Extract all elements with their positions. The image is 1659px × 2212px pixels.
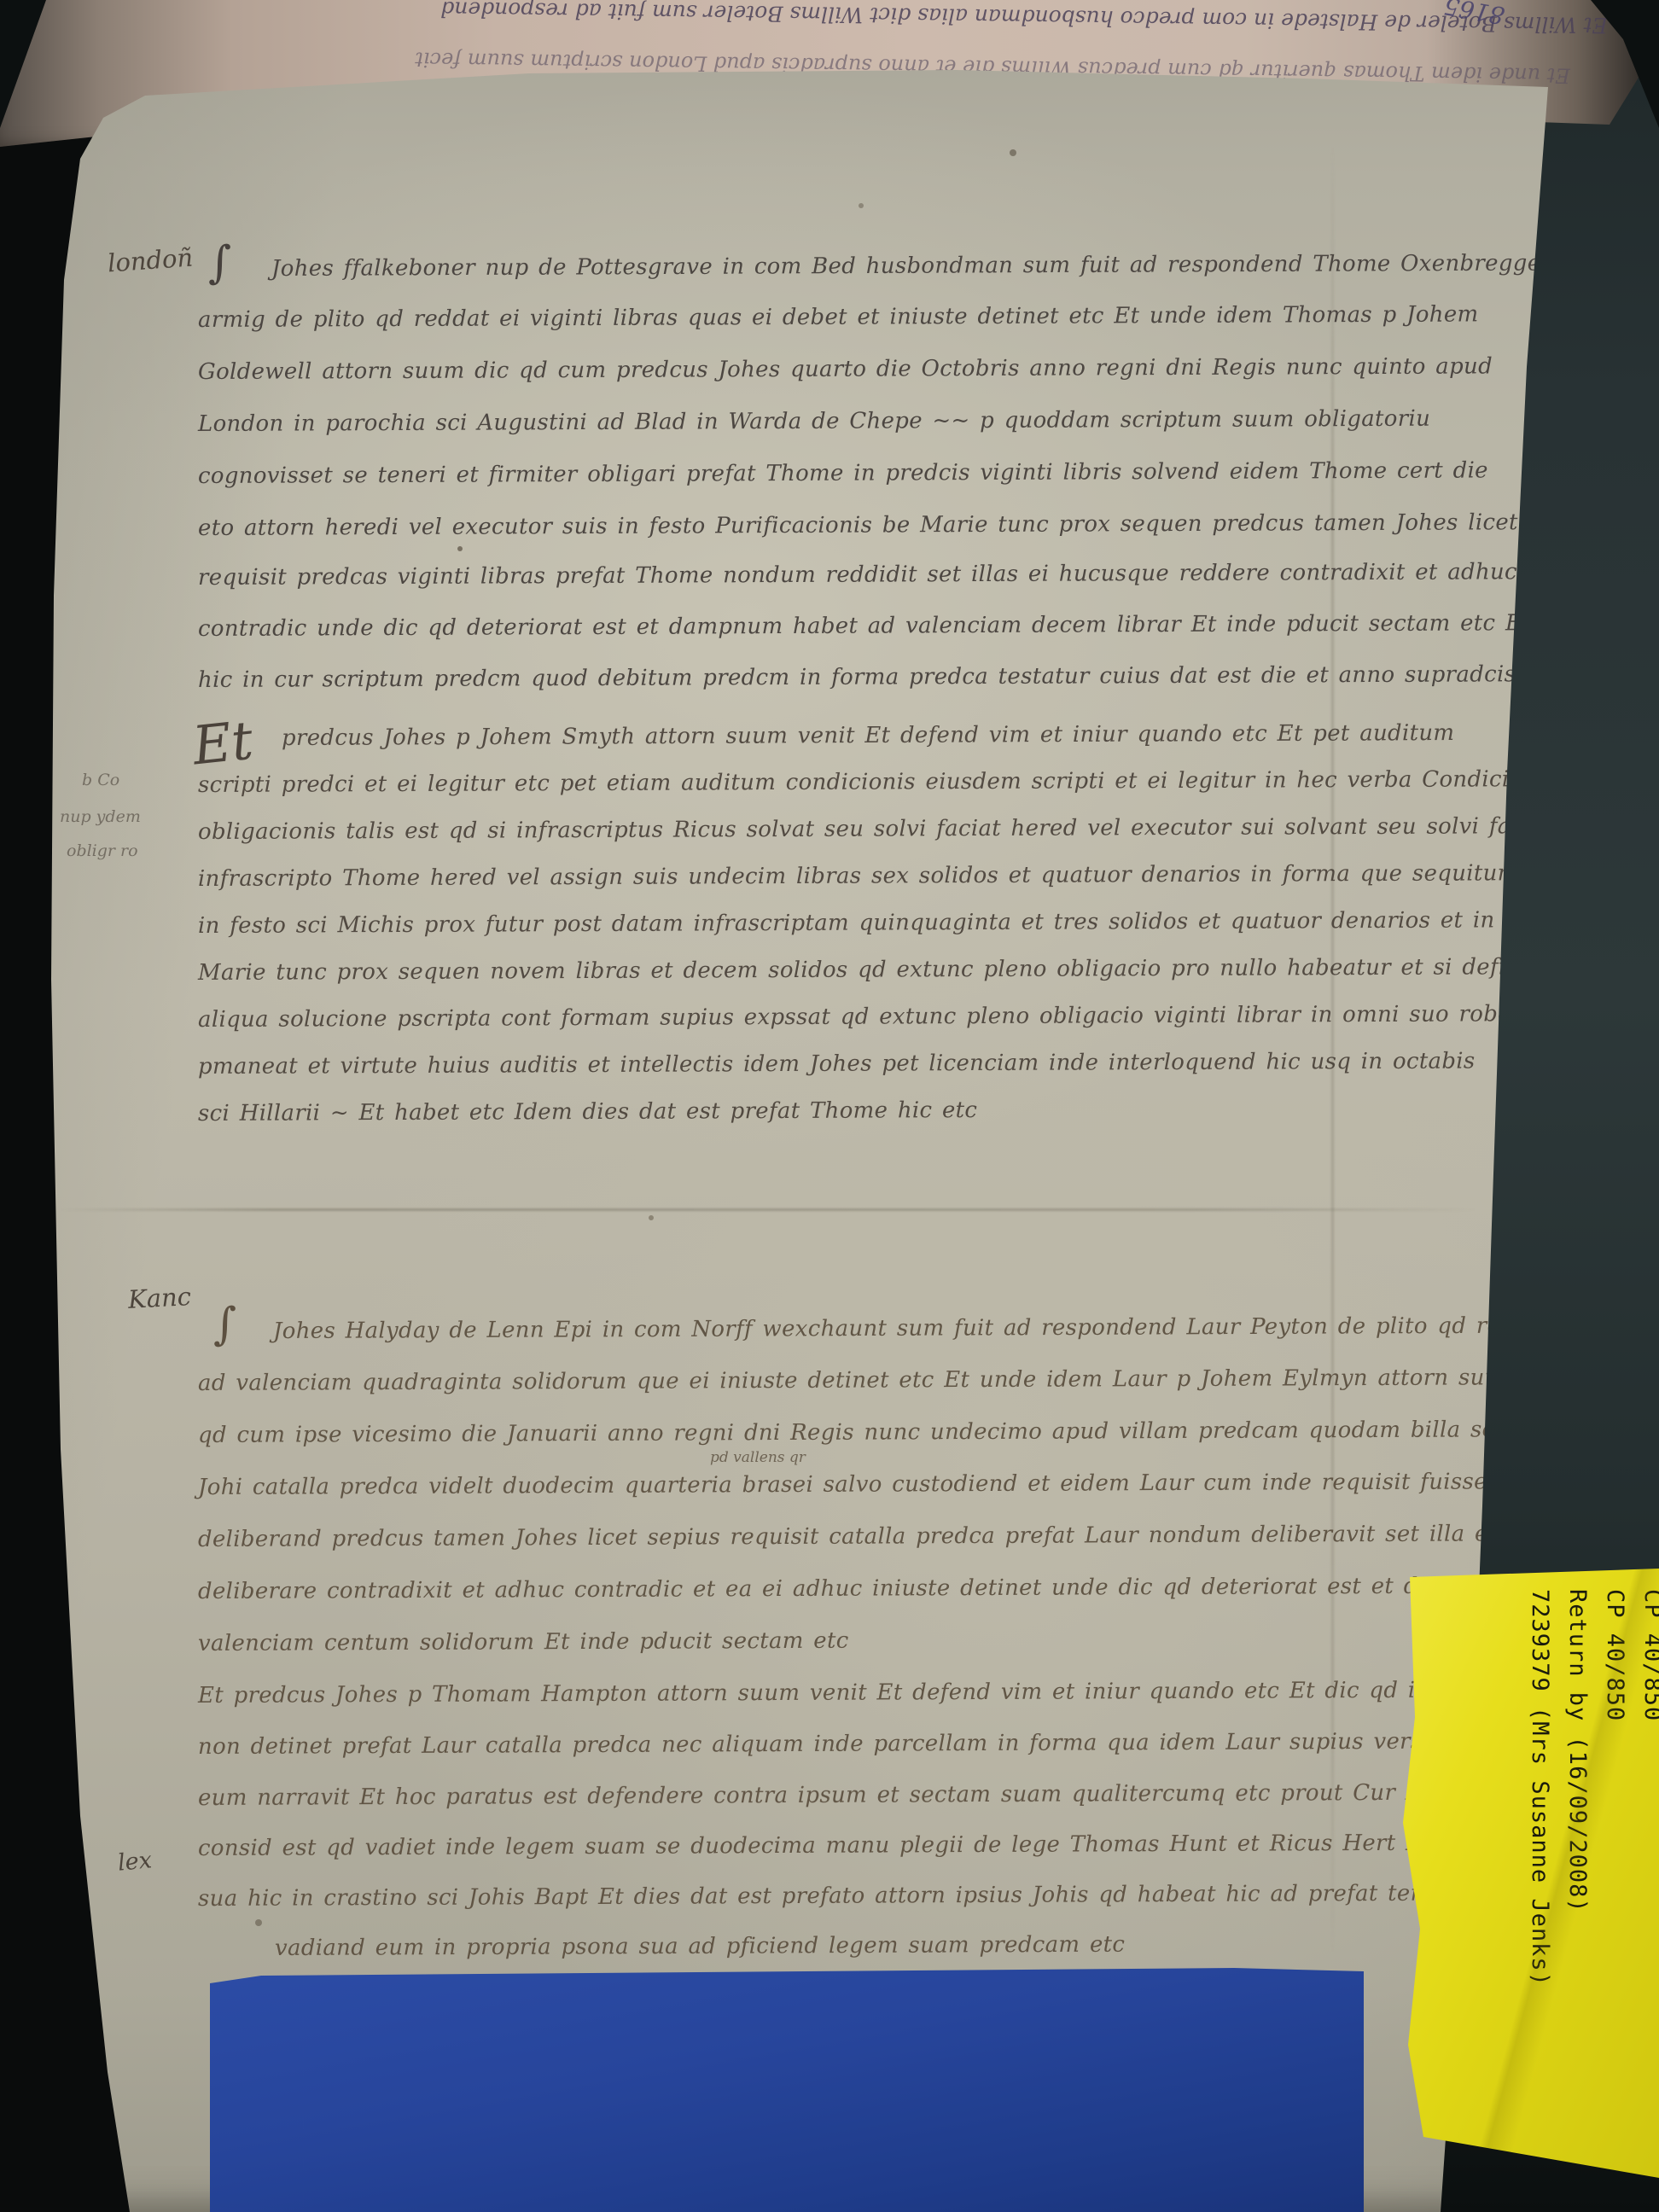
margin-county-kent: Kanc — [127, 1282, 192, 1314]
ms-line: scripti predci et ei legitur etc pet eti… — [198, 766, 1594, 798]
ms-line: ad valenciam quadraginta solidorum que e… — [198, 1365, 1565, 1396]
stain-spots — [457, 546, 463, 551]
note-line-return-by: Return by (16/09/2008) — [1558, 1589, 1596, 2152]
ms-line: Johi catalla predca videlt duodecim quar… — [198, 1469, 1497, 1500]
margin-note-lex: lex — [117, 1847, 153, 1876]
archive-note-text: CP 40/850 CP 40/850 Return by (16/09/200… — [1521, 1589, 1659, 2152]
ms-line: vadiand eum in propria psona sua ad pfic… — [275, 1932, 1125, 1961]
ms-line: Goldewell attorn suum dic qd cum predcus… — [198, 353, 1493, 385]
ms-line: consid est qd vadiet inde legem suam se … — [198, 1830, 1598, 1861]
marginal-note-small: nup ydem — [60, 807, 141, 826]
ms-line: Johes Halyday de Lenn Epi in com Norff w… — [273, 1313, 1659, 1344]
ms-line: in festo sci Michis prox futur post data… — [198, 907, 1649, 939]
ms-line: armig de plito qd reddat ei viginti libr… — [198, 301, 1479, 333]
ms-line: Marie tunc prox sequen novem libras et d… — [198, 954, 1598, 986]
plea-roll-photo: Et Willms Boteler de Halstede in com pre… — [0, 0, 1659, 2212]
ms-line: non detinet prefat Laur catalla predca n… — [198, 1729, 1448, 1760]
ms-line: hic in cur scriptum predcm quod debitum … — [198, 661, 1516, 693]
crease-line — [60, 1208, 1476, 1211]
ms-line: qd cum ipse vicesimo die Januarii anno r… — [198, 1417, 1593, 1448]
margin-county-london: londoñ — [107, 243, 194, 278]
ms-line: Et predcus Johes p Thomam Hampton attorn… — [198, 1678, 1455, 1708]
yellow-archive-note: CP 40/850 CP 40/850 Return by (16/09/200… — [1394, 1567, 1659, 2181]
blue-backing-paper — [210, 1968, 1364, 2212]
paraph-mark: ∫ — [208, 237, 231, 288]
ms-line: pmaneat et virtute huius auditis et inte… — [198, 1048, 1476, 1080]
initial-capital: Et — [190, 714, 255, 773]
note-line-fragment: CP 40/850 — [1633, 1589, 1659, 2152]
parchment-page: londoñ ∫ Johes ffalkeboner nup de Pottes… — [0, 0, 1659, 2212]
ms-line: contradic unde dic qd deteriorat est et … — [198, 610, 1621, 642]
ms-line: London in parochia sci Augustini ad Blad… — [198, 406, 1430, 437]
ms-line: obligacionis talis est qd si infrascript… — [198, 813, 1569, 845]
ms-line: valenciam centum solidorum Et inde pduci… — [198, 1628, 849, 1656]
ms-line: cognovisset se teneri et firmiter obliga… — [198, 457, 1488, 489]
note-line-reference: CP 40/850 — [1596, 1589, 1633, 2152]
ms-line: sci Hillarii ~ Et habet etc Idem dies da… — [198, 1097, 977, 1126]
ms-line: deliberand predcus tamen Johes licet sep… — [198, 1521, 1615, 1552]
ms-line: eto attorn heredi vel executor suis in f… — [198, 509, 1601, 541]
interlinear-note: pd vallens qr — [710, 1449, 806, 1466]
ms-line: aliqua solucione pscripta cont formam su… — [198, 1001, 1536, 1033]
ghost-text-line: Et Willms Boteler de Halstede in com pre… — [0, 0, 1608, 38]
ms-line: sua hic in crastino sci Johis Bapt Et di… — [198, 1880, 1622, 1912]
marginal-note-small: obligr ro — [67, 841, 138, 860]
paraph-mark: ∫ — [213, 1299, 236, 1350]
note-line-reader: 7239379 (Mrs Susanne Jenks) — [1521, 1589, 1558, 2152]
marginal-note-small: b Co — [82, 771, 119, 789]
ms-line: predcus Johes p Johem Smyth attorn suum … — [282, 720, 1454, 751]
ms-line: infrascripto Thome hered vel assign suis… — [198, 860, 1583, 892]
ms-line: requisit predcas viginti libras prefat T… — [198, 559, 1517, 591]
ms-line: Johes ffalkeboner nup de Pottesgrave in … — [271, 251, 1541, 282]
